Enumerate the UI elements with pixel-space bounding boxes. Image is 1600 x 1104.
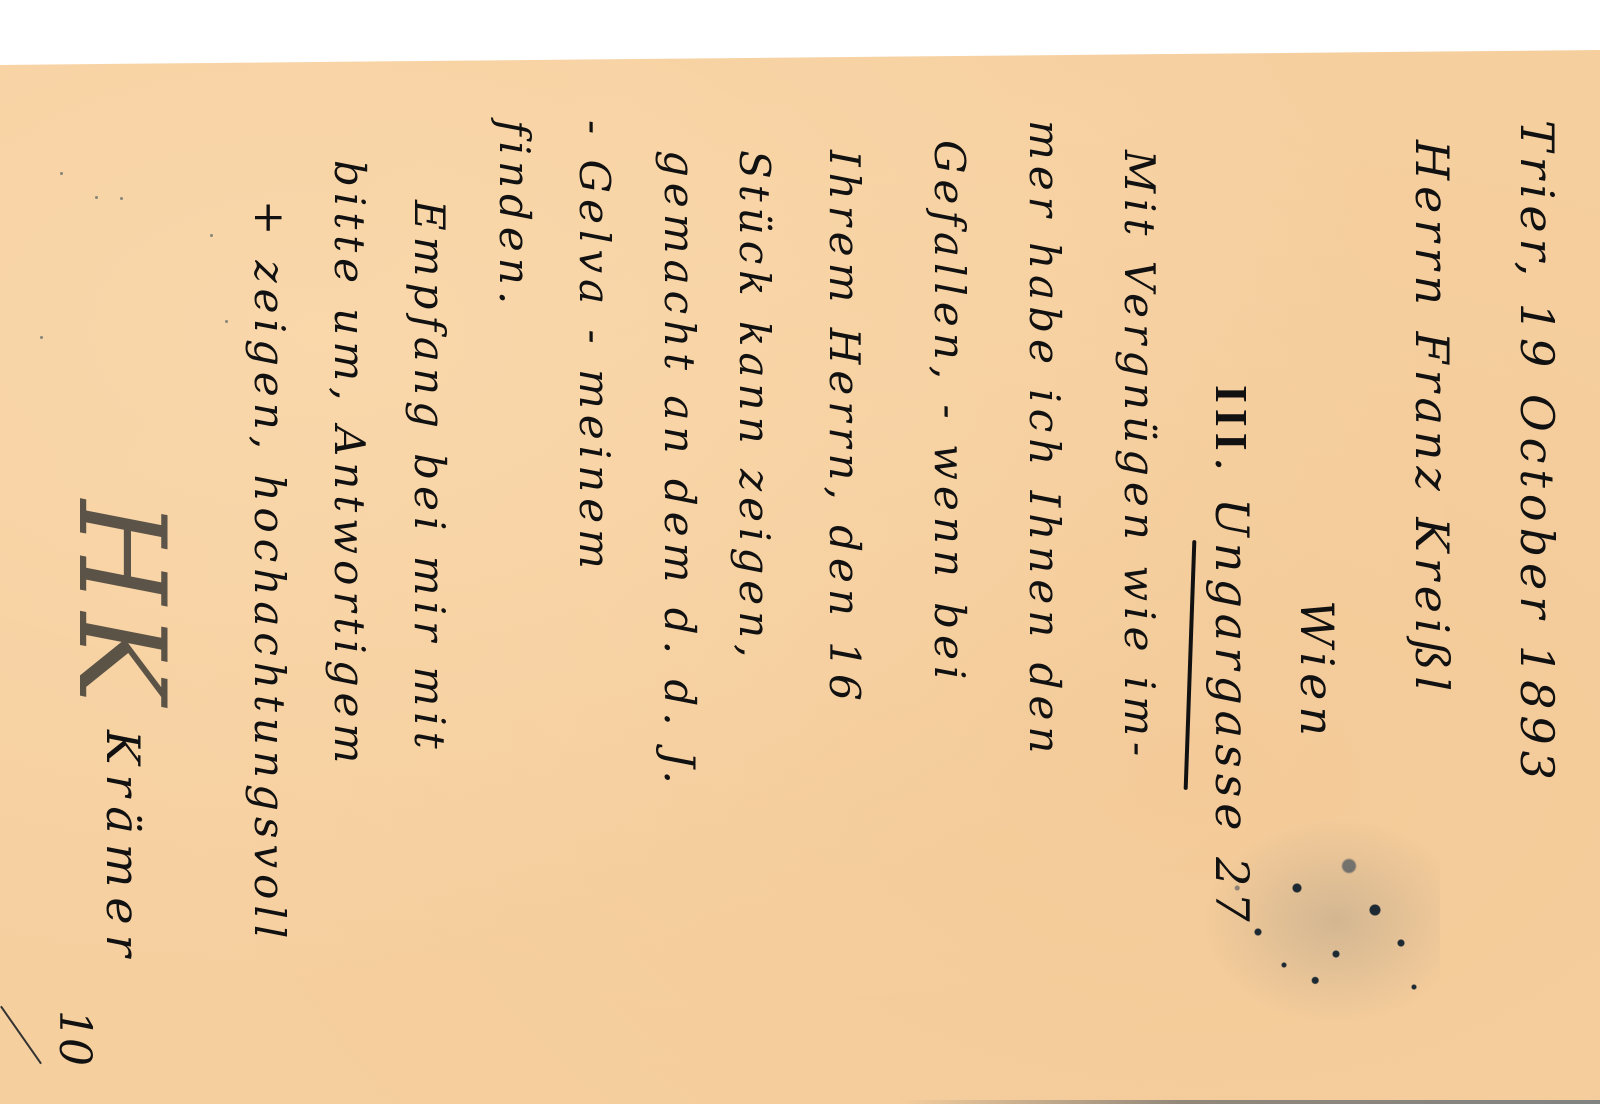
body-line-8: finden. (493, 120, 535, 310)
district-roman-numeral: III (1206, 385, 1257, 457)
body-line-4: Ihrem Herrn, den 16 (823, 150, 865, 707)
postcard-paper (0, 0, 1600, 1104)
paper-speck (40, 336, 43, 339)
body-line-9: Empfang bei mir mit (408, 200, 450, 755)
body-line-6: gemacht an dem d. d. J. (658, 150, 700, 790)
body-line-2: mer habe ich Ihnen den (1023, 120, 1065, 759)
body-line-3: Gefallen, - wenn bei (928, 140, 970, 685)
scanned-document: Trier, 19 October 1893 Herrn Franz Kreiß… (0, 0, 1600, 1104)
paper-speck (120, 197, 123, 200)
paper-speck (95, 196, 98, 199)
body-line-10: bitte um, Antwortigem (328, 160, 370, 769)
body-line-1: Mit Vergnügen wie im- (1118, 150, 1160, 762)
body-line-7: - Gelva - meinem (573, 120, 615, 575)
recipient-city: Wien (1294, 600, 1340, 742)
paper-bottom-edge (900, 1100, 1600, 1104)
page-mark: 10 (49, 1010, 100, 1066)
signature-initials: HK (51, 500, 190, 710)
date-line: Trier, 19 October 1893 (1514, 120, 1560, 786)
recipient-name: Herrn Franz Kreißl (1409, 140, 1455, 697)
street-address: . Ungargasse 27 (1205, 457, 1259, 928)
paper-speck (225, 320, 228, 323)
signature-name: Krämer (96, 730, 150, 967)
body-line-5: Stück kann zeigen, (733, 150, 775, 664)
recipient-street: III. Ungargasse 27 (1208, 385, 1255, 928)
body-line-11: + zeigen, hochachtungsvoll (248, 200, 290, 944)
paper-speck (60, 172, 63, 175)
paper-speck (210, 234, 213, 237)
